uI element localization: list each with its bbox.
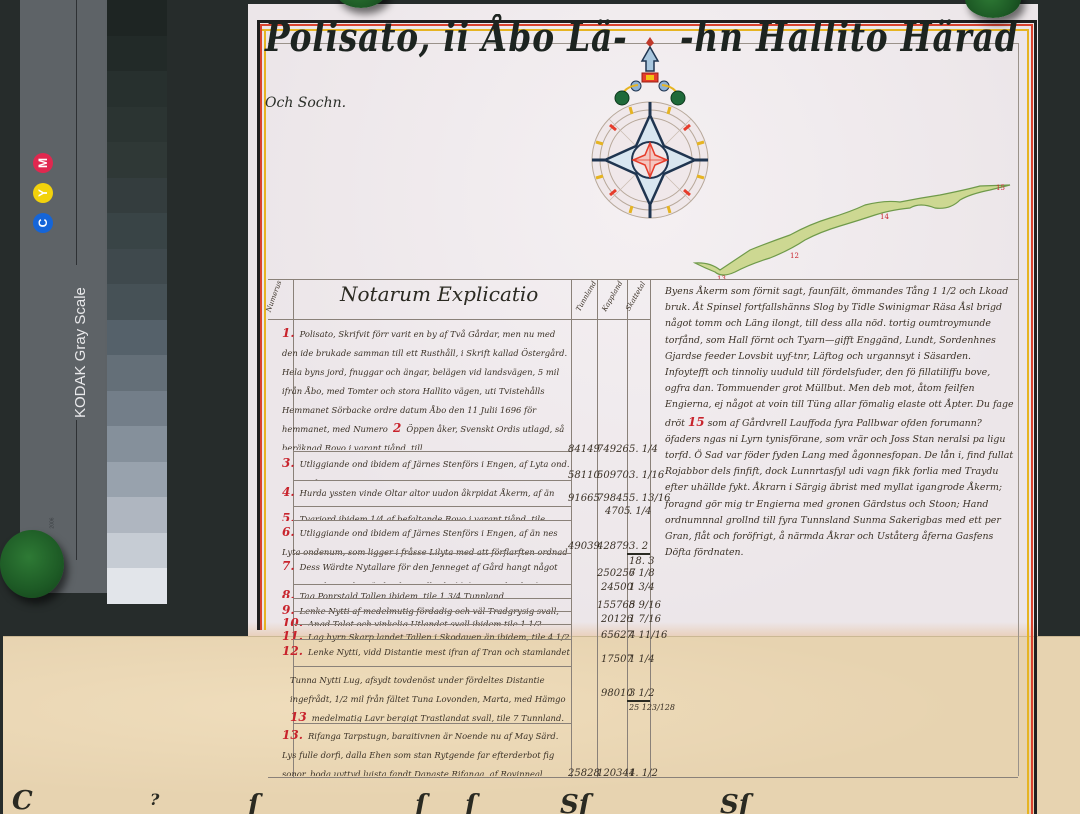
map-border-right-red [1031,24,1033,814]
flourish-letter: ? [150,790,159,809]
value-kappland: 79845 [597,493,629,504]
table-row: 5. Tvarjord ibidem 1/4 af befaltande Rov… [282,507,570,521]
row-number: 13. [282,728,303,742]
value-kappland: 42879 [597,541,629,552]
map-title-right: -hn Hallito Härad [680,18,1018,58]
table-col-rule [571,279,572,777]
map-border-left-red [260,24,262,630]
table-top-rule [268,279,1018,280]
value-skattetal: 3. 1/16 [629,470,664,481]
row-number: 7. [282,559,295,573]
row-text: Hurda yssten vinde Oltar altor uudon åkr… [282,488,554,507]
value-skattetal: 7 1/8 [629,568,655,579]
scale-year: 2006 [50,517,56,528]
subtotal-skattetal: 25 123/128 [629,703,675,712]
table-col-rule [597,279,598,777]
gray-patch [107,391,167,427]
row-text: Dess Wärdte Nytallare för den Jenneget a… [282,562,558,583]
table-row: 7. Dess Wärdte Nytallare för den Jennege… [282,555,570,583]
row-rule [293,598,571,599]
river-map-feature: 13 12 14 15 [690,180,1020,280]
gray-patches [107,0,167,593]
gray-patch [107,249,167,285]
row-rule [293,584,571,585]
description-inline-number: 15 [688,415,705,429]
table-row: 13. Rifanga Tarpstugn, baraitivnen är No… [282,724,570,776]
flourish-letter: ſ [415,790,426,814]
scale-divider-line [76,420,77,560]
row-number: 1. [282,326,295,340]
row-text: Tunna Nytti Lug, afsydt tovdenöst under … [290,675,566,704]
gray-patch [107,284,167,320]
table-col-rule [627,279,628,777]
value-skattetal: 5 9/16 [629,600,661,611]
table-row: 8. Tag Ponrstald Tallen ibidem, tile 1 3… [282,584,570,598]
row-rule [293,553,571,554]
row-rule [293,723,571,724]
gray-patch [107,426,167,462]
river-label: 14 [880,213,889,221]
row-rule [293,639,571,640]
row-number: 12. [282,644,303,658]
gray-patch [107,533,167,569]
value-tunnland: 58110 [568,470,600,481]
row-text: Rifanga Tarpstugn, baraitivnen är Noende… [282,731,558,776]
value-kappland: 4705 [605,506,630,517]
value-skattetal: 1 1/4 [629,654,655,665]
row-text: Utliggiande ond ibidem af Järnes Stenför… [282,459,570,480]
value-skattetal: 1 7/16 [629,614,661,625]
row-rule [293,480,571,481]
map-border-left-yellow [264,29,266,630]
row-rule [293,451,571,452]
yellow-dot-icon: Y [33,183,53,203]
sum-rule [627,700,650,702]
table-row: 4. Hurda yssten vinde Oltar altor uudon … [282,481,570,507]
value-skattetal: . 1/4 [629,506,651,517]
gray-patch [107,36,167,72]
table-row: 1. Polisato, Skrifvit förr varit en by a… [282,322,570,450]
flourish-letter: ſ [465,790,476,814]
cyan-dot-icon: C [33,213,53,233]
gray-patch [107,355,167,391]
table-row: 12. Lenke Nytti, vidd Distantie mest ifr… [282,640,570,666]
row-text: Polisato, Skrifvit förr varit en by af T… [282,329,567,434]
gray-patch [107,497,167,533]
gray-patch [107,568,167,604]
row-rule [293,611,571,612]
scale-divider-line [76,0,77,265]
gray-patch [107,107,167,143]
explanation-title: Notarum Explicatio [340,282,538,306]
value-skattetal: 5. 1/4 [629,444,658,455]
gray-scale-label-strip [20,0,105,593]
gray-patch [107,178,167,214]
value-skattetal: 4 11/16 [629,630,667,641]
description-text: som af Gårdvrell Lauffoda fyra Pallbwar … [665,418,1013,559]
gray-patch [107,462,167,498]
gray-patch [107,213,167,249]
value-skattetal: 1 3/4 [629,582,655,593]
row-number: 8. [282,588,295,598]
row-rule [293,666,571,667]
value-skattetal: 4. 1/2 [629,768,658,779]
table-row: Tunna Nytti Lug, afsydt tovdenöst under … [290,668,570,722]
value-skattetal: 3 1/2 [629,688,655,699]
value-tunnland: 49039 [568,541,600,552]
magenta-dot-icon: M [33,153,53,173]
map-inner-rule [1018,43,1019,776]
value-kappland: 74926 [597,444,629,455]
river-label: 12 [790,252,799,260]
row-number: 4. [282,485,295,499]
value-kappland: 50970 [597,470,629,481]
gray-patch [107,0,167,36]
value-tunnland: 91665 [568,493,600,504]
row-text: Lenke Nytti, vidd Distantie mest ifran a… [282,647,570,666]
row-number: 3. [282,456,295,470]
description-paragraph: Byens Åkerm som förnit sagt, faunfält, ö… [665,284,1015,561]
flourish-letter: ſ [248,790,259,814]
row-rule [293,520,571,521]
row-text: Tag Ponrstald Tallen ibidem, tile 1 3/4 … [300,591,504,598]
kodak-gray-scale: C Y M KODAK Gray Scale 2006 B 15 14 13 1… [20,0,167,593]
row-rule [293,624,571,625]
flourish-letter: Sſ [560,790,590,814]
table-row: 3. Utliggiande ond ibidem af Järnes Sten… [282,452,570,480]
value-tunnland: 25828 [568,768,600,779]
gray-patch [107,142,167,178]
row-inline-number: 2 [393,421,401,435]
kodak-brand-label: KODAK Gray Scale [72,287,89,418]
row-rule [293,506,571,507]
flourish-letter: C [12,786,33,814]
map-subtitle: Och Sochn. [265,95,346,111]
value-skattetal: 3. 2 [629,541,648,552]
description-text: Byens Åkerm som förnit sagt, faunfält, ö… [665,286,1014,429]
sum-rule [627,553,650,555]
map-title-left: Polisato, ii Åbo Lä- [265,18,628,58]
row-inline-number: 13 [290,710,307,722]
gray-patch [107,320,167,356]
row-text: medelmatig Lavr bergigt Trastlandat sval… [290,713,564,722]
map-border-right-yellow [1027,29,1029,814]
gray-patch [107,71,167,107]
green-magnet [0,530,64,598]
value-tunnland: 84149 [568,444,600,455]
subtotal-skattetal: 18. 3 [629,556,654,567]
flourish-letter: Sſ [720,790,750,814]
table-header-rule [268,319,650,320]
river-label: 15 [996,184,1005,192]
row-number: 6. [282,525,295,539]
map-border-right-black [1034,20,1037,814]
